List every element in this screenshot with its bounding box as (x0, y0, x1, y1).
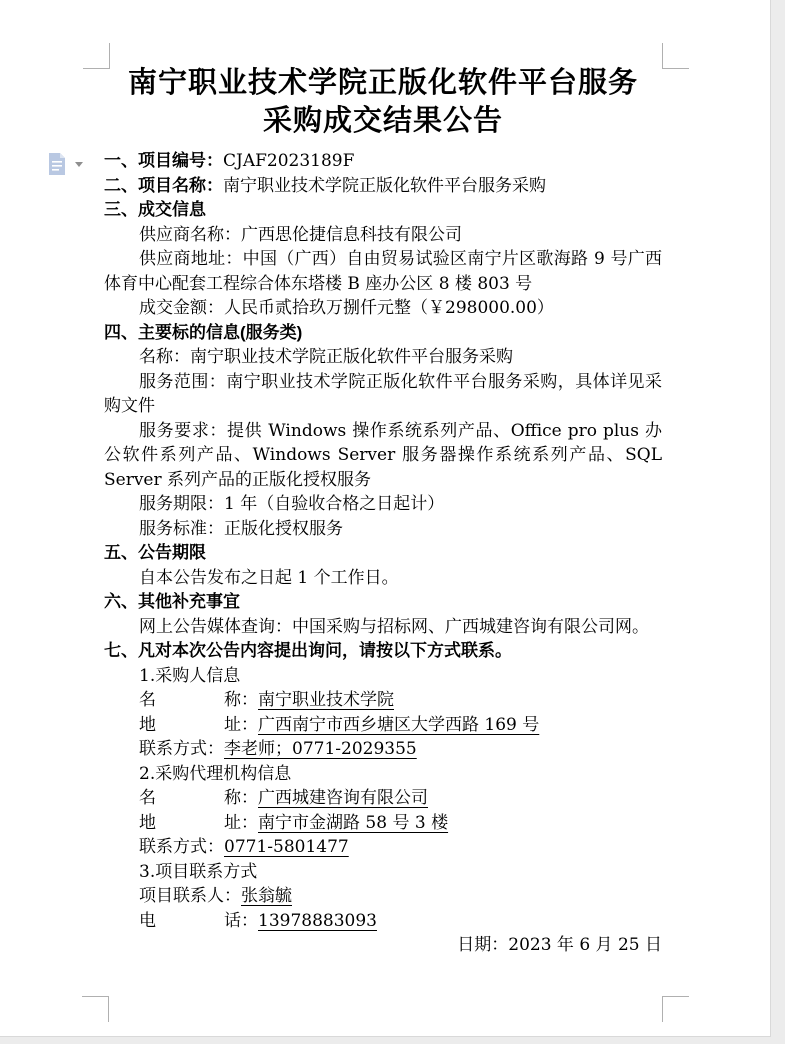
title-line-2: 采购成交结果公告 (104, 102, 662, 140)
agent-contact-label: 联系方式： (139, 837, 224, 857)
line-subject-name: 名称：南宁职业技术学院正版化软件平台服务采购 (104, 345, 662, 370)
line-service-term: 服务期限：1 年（自验收合格之日起计） (104, 492, 662, 517)
line-project-contact-phone: 电 话：13978883093 (104, 909, 662, 934)
buyer-name-label: 名 称： (139, 690, 258, 710)
line-service-standard: 服务标准：正版化授权服务 (104, 517, 662, 542)
line-service-scope: 服务范围：南宁职业技术学院正版化软件平台服务采购，具体详见采购文件 (104, 370, 662, 419)
agent-address-label: 地 址： (139, 813, 258, 833)
project-number-value: CJAF2023189F (223, 151, 354, 171)
date-line: 日期：2023 年 6 月 25 日 (104, 933, 662, 958)
heading-subject-info: 四、主要标的信息(服务类) (104, 321, 662, 346)
sub-project-contact: 3.项目联系方式 (104, 860, 662, 885)
project-contact-phone-label: 电 话： (139, 911, 258, 931)
buyer-address-value: 广西南宁市西乡塘区大学西路 169 号 (258, 715, 539, 735)
agent-name-value: 广西城建咨询有限公司 (258, 788, 428, 808)
line-supplier-name: 供应商名称：广西思伦捷信息科技有限公司 (104, 223, 662, 248)
para-service-requirements: 服务要求：提供 Windows 操作系统系列产品、Office pro plus… (104, 419, 662, 493)
line-buyer-name: 名 称：南宁职业技术学院 (104, 688, 662, 713)
project-contact-phone-value: 13978883093 (258, 911, 377, 931)
agent-name-label: 名 称： (139, 788, 258, 808)
line-project-name: 二、项目名称：南宁职业技术学院正版化软件平台服务采购 (104, 174, 662, 199)
document-page: 南宁职业技术学院正版化软件平台服务 采购成交结果公告 一、项目编号：CJAF20… (0, 0, 771, 1037)
heading-notice-period: 五、公告期限 (104, 541, 662, 566)
document-title: 南宁职业技术学院正版化软件平台服务 采购成交结果公告 (104, 64, 662, 140)
line-buyer-address: 地 址：广西南宁市西乡塘区大学西路 169 号 (104, 713, 662, 738)
heading-deal-info: 三、成交信息 (104, 198, 662, 223)
dropdown-arrow-icon[interactable] (75, 162, 83, 167)
line-agent-name: 名 称：广西城建咨询有限公司 (104, 786, 662, 811)
para-supplier-address: 供应商地址：中国（广西）自由贸易试验区南宁片区歌海路 9 号广西体育中心配套工程… (104, 247, 662, 296)
line-agent-contact: 联系方式：0771-5801477 (104, 835, 662, 860)
line-agent-address: 地 址：南宁市金湖路 58 号 3 楼 (104, 811, 662, 836)
project-contact-person-value: 张翁毓 (241, 886, 292, 906)
project-name-value: 南宁职业技术学院正版化软件平台服务采购 (223, 176, 546, 196)
buyer-name-value: 南宁职业技术学院 (258, 690, 394, 710)
text-column: 南宁职业技术学院正版化软件平台服务 采购成交结果公告 一、项目编号：CJAF20… (104, 0, 662, 958)
sub-buyer-info: 1.采购人信息 (104, 664, 662, 689)
crop-mark-bottom-right (662, 996, 689, 1022)
buyer-contact-value: 李老师；0771-2029355 (224, 739, 417, 759)
project-contact-person-label: 项目联系人： (139, 886, 241, 906)
heading-contact: 七、凡对本次公告内容提出询问，请按以下方式联系。 (104, 639, 662, 664)
line-deal-amount: 成交金额：人民币贰拾玖万捌仟元整（￥298000.00） (104, 296, 662, 321)
line-buyer-contact: 联系方式：李老师；0771-2029355 (104, 737, 662, 762)
line-other-matters: 网上公告媒体查询：中国采购与招标网、广西城建咨询有限公司网。 (104, 615, 662, 640)
sub-agent-info: 2.采购代理机构信息 (104, 762, 662, 787)
heading-other-matters: 六、其他补充事宜 (104, 590, 662, 615)
buyer-address-label: 地 址： (139, 715, 258, 735)
paste-options-button[interactable] (47, 152, 87, 178)
line-project-contact-person: 项目联系人：张翁毓 (104, 884, 662, 909)
buyer-contact-label: 联系方式： (139, 739, 224, 759)
agent-address-value: 南宁市金湖路 58 号 3 楼 (258, 813, 448, 833)
project-name-label: 二、项目名称： (104, 176, 223, 195)
agent-contact-value: 0771-5801477 (224, 837, 349, 857)
line-project-number: 一、项目编号：CJAF2023189F (104, 149, 662, 174)
title-line-1: 南宁职业技术学院正版化软件平台服务 (104, 64, 662, 102)
line-notice-period: 自本公告发布之日起 1 个工作日。 (104, 566, 662, 591)
project-number-label: 一、项目编号： (104, 151, 223, 170)
crop-mark-top-right (662, 43, 689, 69)
document-body: 一、项目编号：CJAF2023189F 二、项目名称：南宁职业技术学院正版化软件… (104, 149, 662, 958)
crop-mark-bottom-left (82, 996, 109, 1022)
